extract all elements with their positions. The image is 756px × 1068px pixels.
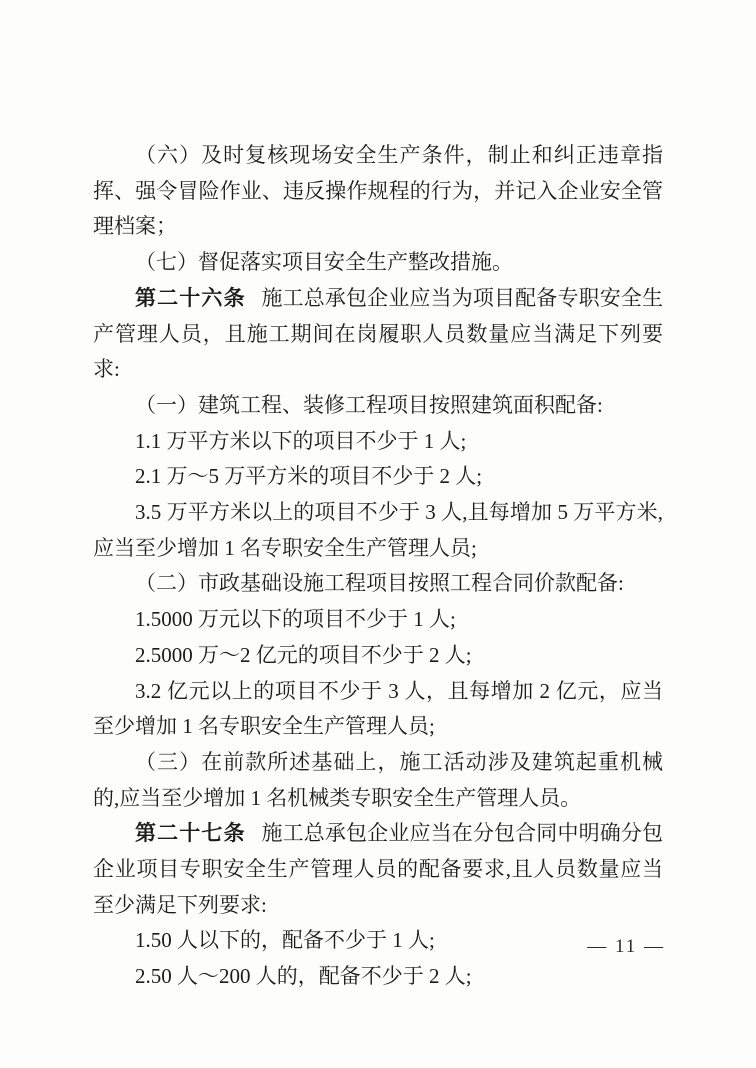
paragraph-text: （六）及时复核现场安全生产条件，制止和纠正违章指挥、强令冒险作业、违反操作规程的… <box>93 143 663 238</box>
paragraph: 1.1 万平方米以下的项目不少于 1 人; <box>93 424 663 460</box>
paragraph: （三）在前款所述基础上，施工活动涉及建筑起重机械的,应当至少增加 1 名机械类专… <box>93 745 663 816</box>
paragraph: （六）及时复核现场安全生产条件，制止和纠正违章指挥、强令冒险作业、违反操作规程的… <box>93 138 663 245</box>
page-number: — 11 — <box>587 936 665 958</box>
article-number: 第二十六条 <box>135 287 246 310</box>
paragraph-text: 1.50 人以下的，配备不少于 1 人; <box>135 928 435 952</box>
paragraph: 第二十六条施工总承包企业应当为项目配备专职安全生产管理人员，且施工期间在岗履职人… <box>93 281 663 388</box>
page-number-text: — 11 — <box>587 936 665 957</box>
paragraph: 1.50 人以下的，配备不少于 1 人; <box>93 923 663 959</box>
paragraph: （七）督促落实项目安全生产整改措施。 <box>93 245 663 281</box>
paragraph-text: 3.5 万平方米以上的项目不少于 3 人,且每增加 5 万平方米,应当至少增加 … <box>93 500 663 560</box>
paragraph: （二）市政基础设施工程项目按照工程合同价款配备: <box>93 566 663 602</box>
paragraph: 2.5000 万～2 亿元的项目不少于 2 人; <box>93 638 663 674</box>
article-number: 第二十七条 <box>135 822 246 845</box>
paragraph: 2.1 万～5 万平方米的项目不少于 2 人; <box>93 459 663 495</box>
document-body: （六）及时复核现场安全生产条件，制止和纠正违章指挥、强令冒险作业、违反操作规程的… <box>0 0 756 995</box>
paragraph: 第二十七条施工总承包企业应当在分包合同中明确分包企业项目专职安全生产管理人员的配… <box>93 816 663 923</box>
paragraph-text: （三）在前款所述基础上，施工活动涉及建筑起重机械的,应当至少增加 1 名机械类专… <box>93 750 663 810</box>
paragraph-text: 2.1 万～5 万平方米的项目不少于 2 人; <box>135 464 482 488</box>
paragraph-text: 3.2 亿元以上的项目不少于 3 人，且每增加 2 亿元，应当至少增加 1 名专… <box>93 679 663 739</box>
paragraph-text: 2.50 人～200 人的，配备不少于 2 人; <box>135 964 472 988</box>
paragraph-text: 1.5000 万元以下的项目不少于 1 人; <box>135 607 456 631</box>
paragraph: 2.50 人～200 人的，配备不少于 2 人; <box>93 959 663 995</box>
paragraph-text: （一）建筑工程、装修工程项目按照建筑面积配备: <box>135 393 603 417</box>
paragraph: 3.2 亿元以上的项目不少于 3 人，且每增加 2 亿元，应当至少增加 1 名专… <box>93 674 663 745</box>
paragraph-text: 1.1 万平方米以下的项目不少于 1 人; <box>135 429 466 453</box>
document-page: （六）及时复核现场安全生产条件，制止和纠正违章指挥、强令冒险作业、违反操作规程的… <box>0 0 756 1068</box>
paragraph-text: （二）市政基础设施工程项目按照工程合同价款配备: <box>135 571 624 595</box>
paragraph: 1.5000 万元以下的项目不少于 1 人; <box>93 602 663 638</box>
paragraph: 3.5 万平方米以上的项目不少于 3 人,且每增加 5 万平方米,应当至少增加 … <box>93 495 663 566</box>
paragraph-text: （七）督促落实项目安全生产整改措施。 <box>135 250 513 274</box>
paragraph: （一）建筑工程、装修工程项目按照建筑面积配备: <box>93 388 663 424</box>
paragraph-text: 2.5000 万～2 亿元的项目不少于 2 人; <box>135 643 472 667</box>
